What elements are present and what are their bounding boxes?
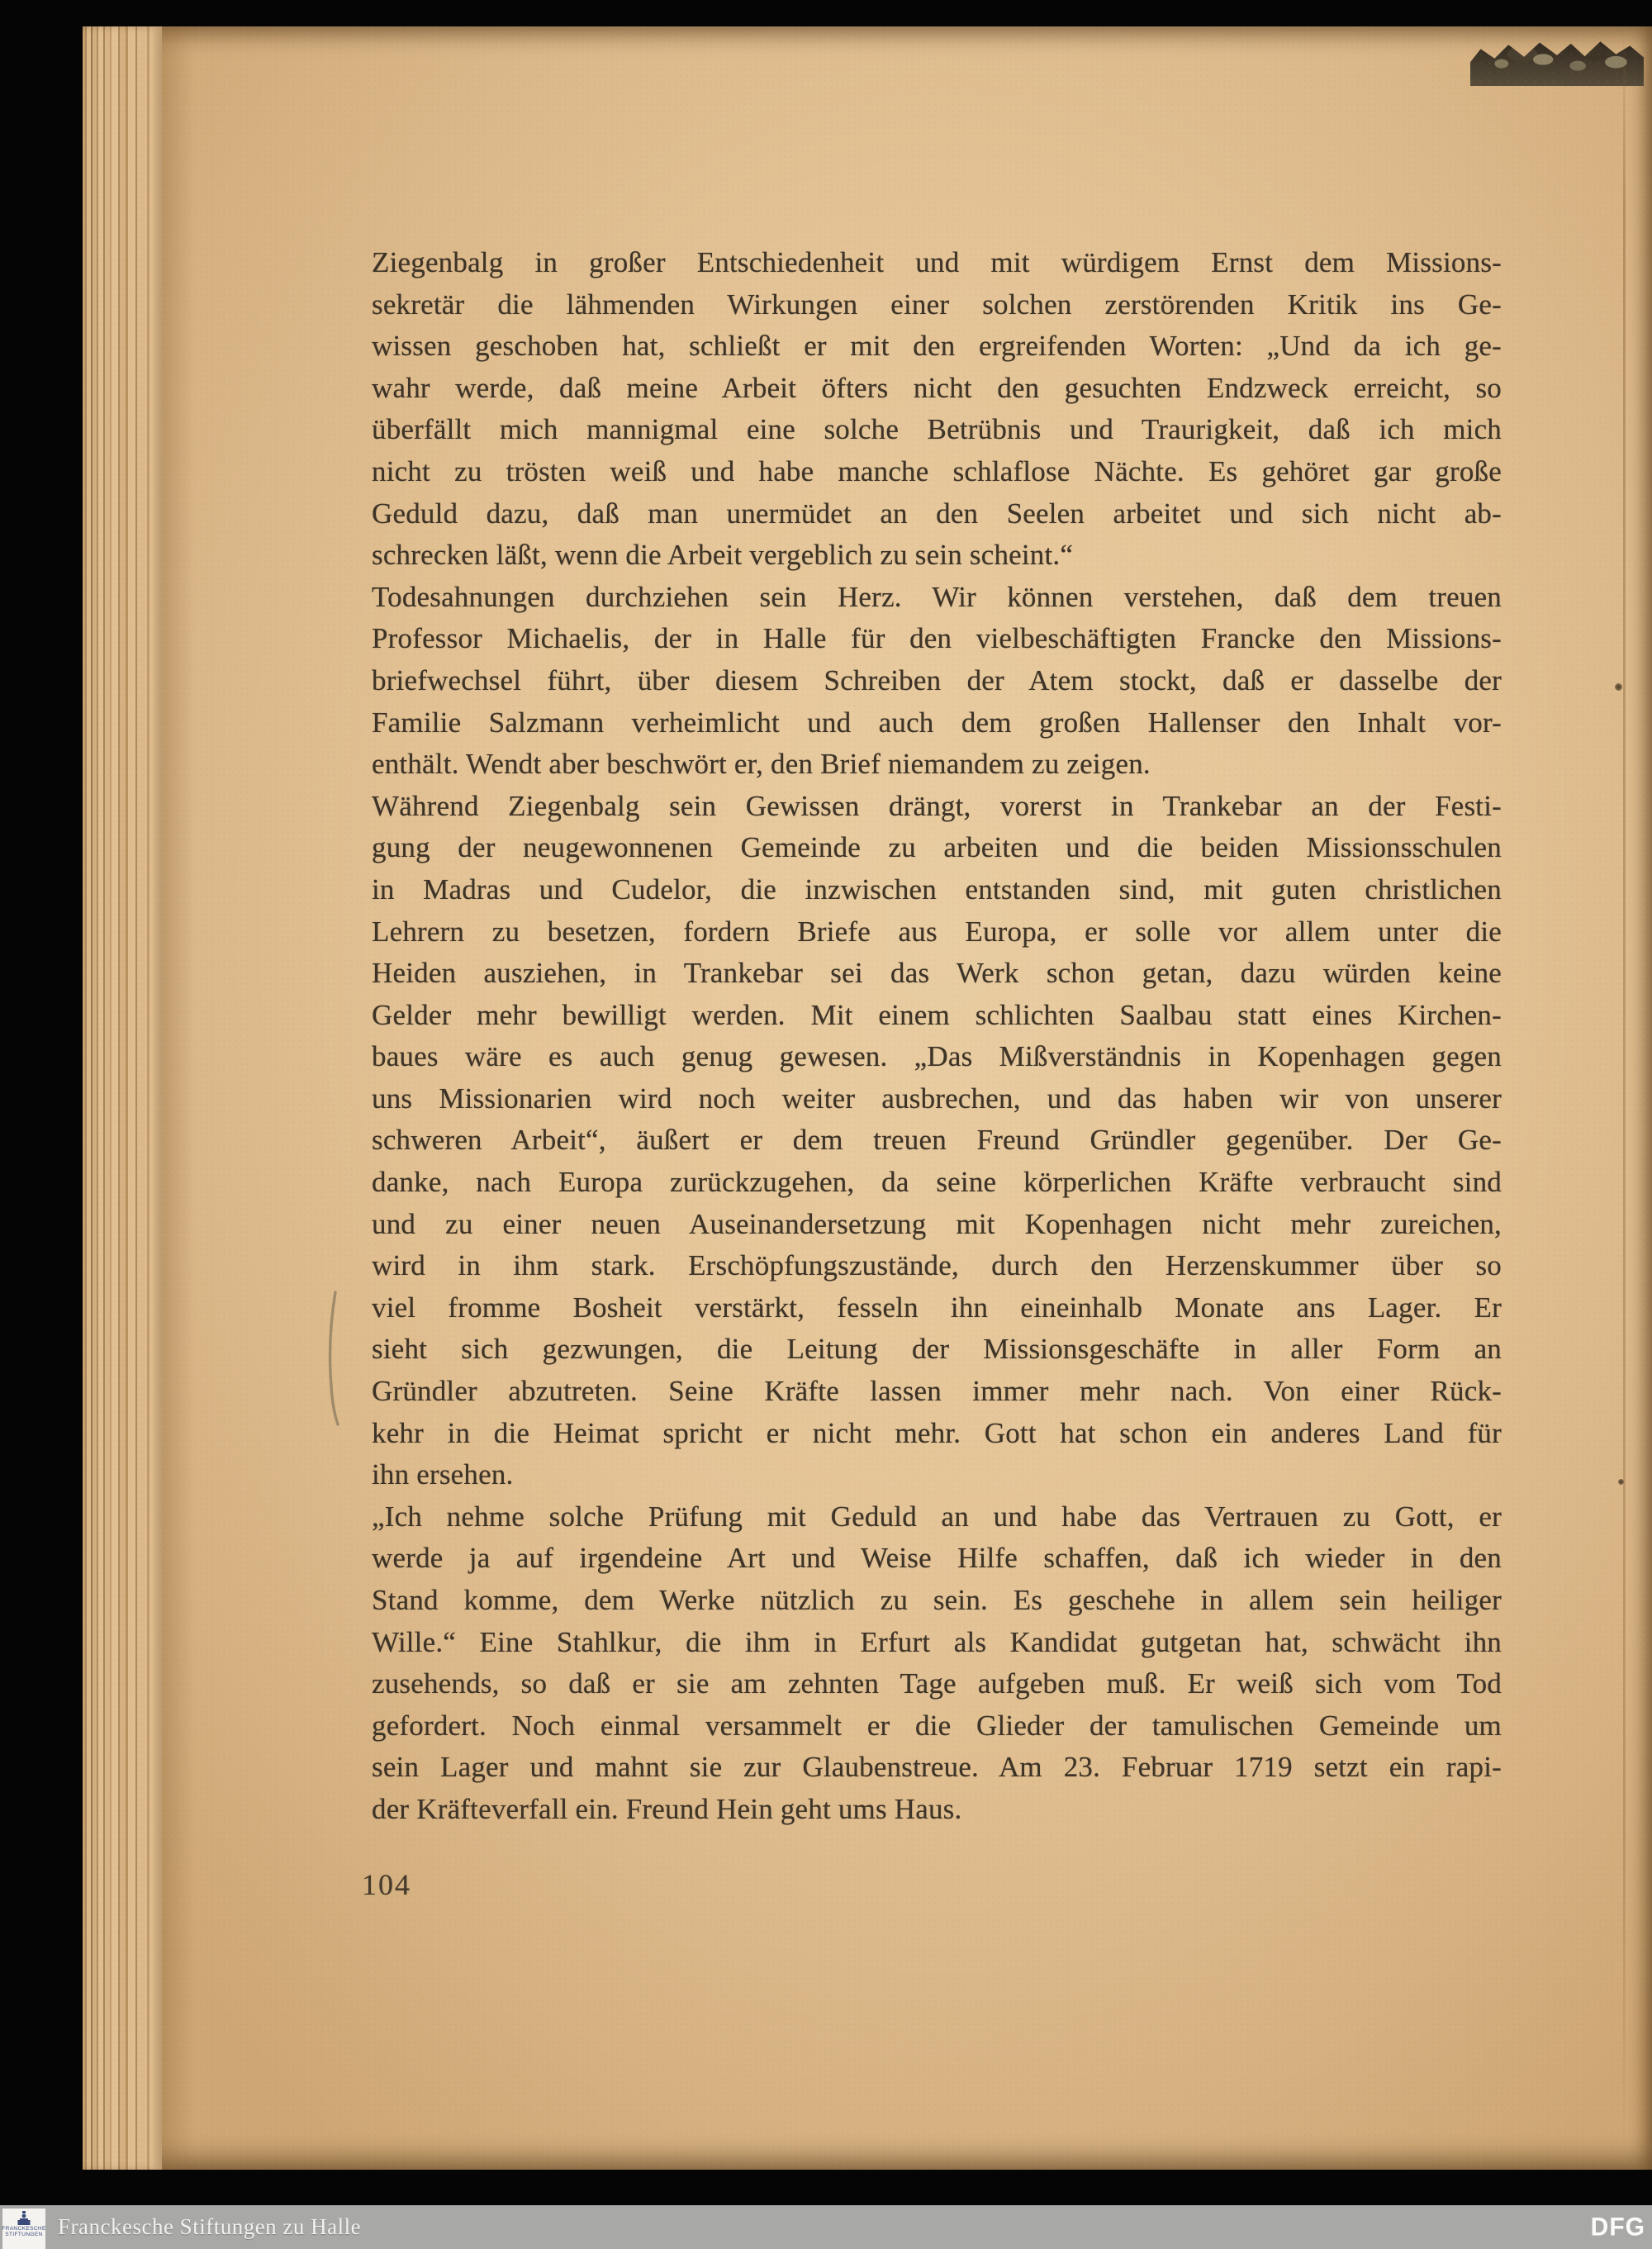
page-number: 104 — [362, 1867, 411, 1902]
text-line: Während Ziegenbalg sein Gewissen drängt,… — [372, 786, 1502, 828]
text-line: Gelder mehr bewilligt werden. Mit einem … — [372, 995, 1502, 1037]
text-line: sein Lager und mahnt sie zur Glaubenstre… — [372, 1747, 1502, 1789]
text-line: danke, nach Europa zurückzugehen, da sei… — [372, 1162, 1502, 1204]
paper-crease — [1623, 35, 1626, 2158]
text-line: Professor Michaelis, der in Halle für de… — [372, 618, 1502, 660]
text-line: Lehrern zu besetzen, fordern Briefe aus … — [372, 911, 1502, 953]
text-block: Ziegenbalg in großer Entschiedenheit und… — [372, 242, 1502, 1831]
text-line: wahr werde, daß meine Arbeit öfters nich… — [372, 368, 1502, 410]
text-line: viel fromme Bosheit verstärkt, fesseln i… — [372, 1287, 1502, 1329]
paragraph: Todesahnungen durchziehen sein Herz. Wir… — [372, 577, 1502, 786]
paragraph: Ziegenbalg in großer Entschiedenheit und… — [372, 242, 1502, 577]
logo-caption-line1: FRANCKESCHE — [2, 2226, 46, 2232]
text-line: gefordert. Noch einmal versammelt er die… — [372, 1705, 1502, 1747]
text-line: wissen geschoben hat, schließt er mit de… — [372, 326, 1502, 368]
text-line: in Madras und Cudelor, die inzwischen en… — [372, 869, 1502, 911]
text-line: sekretär die lähmenden Wirkungen einer s… — [372, 284, 1502, 326]
paragraph: „Ich nehme solche Prüfung mit Geduld an … — [372, 1496, 1502, 1831]
text-line: überfällt mich mannigmal eine solche Bet… — [372, 409, 1502, 451]
text-line: ihn ersehen. — [372, 1454, 1502, 1496]
text-line: wird in ihm stark. Erschöpfungszustände,… — [372, 1245, 1502, 1287]
franckesche-stiftungen-emblem-icon — [17, 2211, 31, 2226]
pencil-margin-mark — [324, 1289, 345, 1428]
footer-bar: FRANCKESCHE STIFTUNGEN Franckesche Stift… — [0, 2205, 1652, 2249]
text-line: Todesahnungen durchziehen sein Herz. Wir… — [372, 577, 1502, 619]
paper-speck — [1618, 1479, 1624, 1485]
text-line: Wille.“ Eine Stahlkur, die ihm in Erfurt… — [372, 1622, 1502, 1664]
text-line: nicht zu trösten weiß und habe manche sc… — [372, 451, 1502, 493]
text-line: Stand komme, dem Werke nützlich zu sein.… — [372, 1580, 1502, 1622]
damaged-top-edge — [1470, 33, 1644, 86]
text-line: sieht sich gezwungen, die Leitung der Mi… — [372, 1329, 1502, 1371]
text-line: uns Missionarien wird noch weiter ausbre… — [372, 1078, 1502, 1120]
text-line: briefwechsel führt, über diesem Schreibe… — [372, 660, 1502, 702]
text-line: enthält. Wendt aber beschwört er, den Br… — [372, 744, 1502, 786]
text-line: Heiden ausziehen, in Trankebar sei das W… — [372, 953, 1502, 995]
institution-name: Franckesche Stiftungen zu Halle — [58, 2205, 361, 2249]
text-line: baues wäre es auch genug gewesen. „Das M… — [372, 1036, 1502, 1078]
text-line: Gründler abzutreten. Seine Kräfte lassen… — [372, 1371, 1502, 1413]
text-line: gung der neugewonnenen Gemeinde zu arbei… — [372, 827, 1502, 869]
logo-caption-line2: STIFTUNGEN — [5, 2232, 43, 2237]
text-line: der Kräfteverfall ein. Freund Hein geht … — [372, 1789, 1502, 1831]
scanned-book-page: Ziegenbalg in großer Entschiedenheit und… — [0, 0, 1652, 2249]
text-line: schrecken läßt, wenn die Arbeit vergebli… — [372, 535, 1502, 577]
page-edge-stack — [83, 26, 162, 2170]
text-line: werde ja auf irgendeine Art und Weise Hi… — [372, 1538, 1502, 1580]
text-line: schweren Arbeit“, äußert er dem treuen F… — [372, 1120, 1502, 1162]
dfg-logo: DFG — [1591, 2204, 1645, 2249]
paragraph: Während Ziegenbalg sein Gewissen drängt,… — [372, 786, 1502, 1496]
text-line: kehr in die Heimat spricht er nicht mehr… — [372, 1413, 1502, 1455]
book-page: Ziegenbalg in großer Entschiedenheit und… — [83, 26, 1652, 2170]
page-edge-shadow — [162, 26, 195, 2170]
text-line: zusehends, so daß er sie am zehnten Tage… — [372, 1663, 1502, 1705]
text-line: „Ich nehme solche Prüfung mit Geduld an … — [372, 1496, 1502, 1538]
text-line: Ziegenbalg in großer Entschiedenheit und… — [372, 242, 1502, 284]
paper-speck — [1615, 683, 1622, 691]
text-line: und zu einer neuen Auseinandersetzung mi… — [372, 1204, 1502, 1246]
text-line: Geduld dazu, daß man unermüdet an den Se… — [372, 493, 1502, 535]
text-line: Familie Salzmann verheimlicht und auch d… — [372, 702, 1502, 744]
franckesche-stiftungen-logo: FRANCKESCHE STIFTUNGEN — [2, 2209, 45, 2249]
